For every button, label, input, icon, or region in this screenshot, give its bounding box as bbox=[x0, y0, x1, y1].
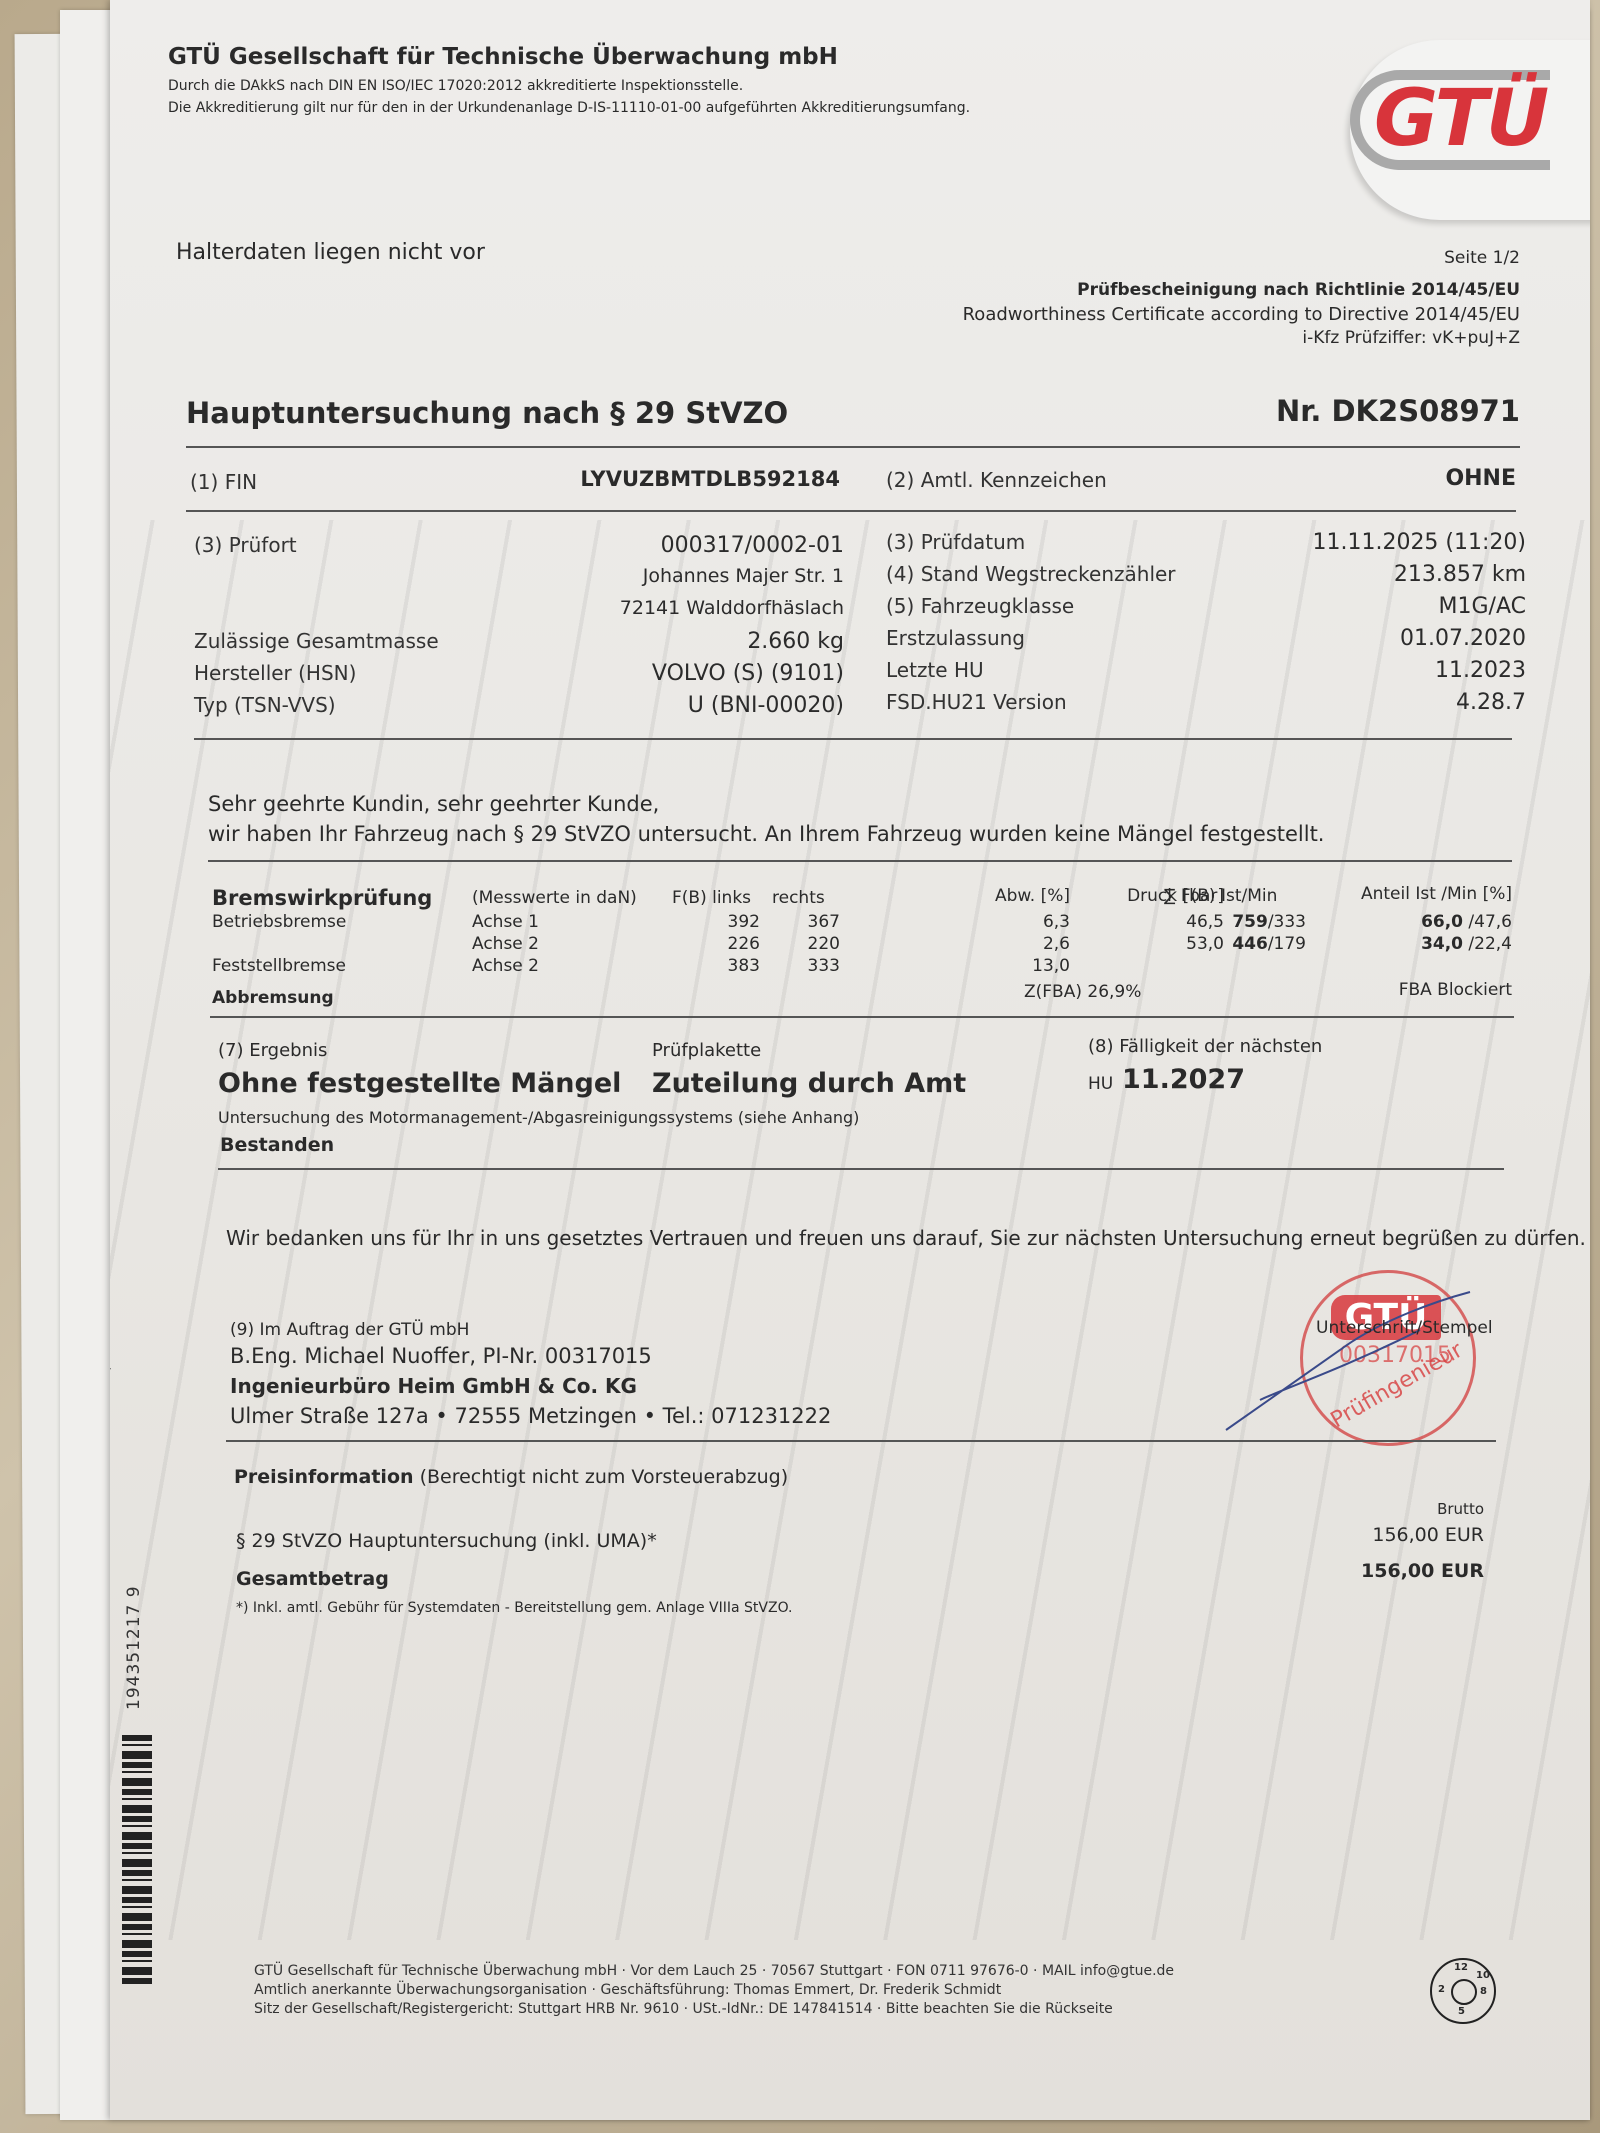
detail-row: Hersteller (HSN)VOLVO (S) (9101) bbox=[194, 661, 844, 693]
brake-type: Feststellbremse bbox=[212, 956, 346, 976]
emission-test-label: Untersuchung des Motormanagement-/Abgasr… bbox=[218, 1108, 859, 1127]
thank-you-text: Wir bedanken uns für Ihr in uns gesetzte… bbox=[226, 1222, 1590, 1255]
form-serial: 194351217 9 bbox=[124, 1585, 144, 1710]
brake-header-unit: (Messwerte in daN) bbox=[472, 888, 637, 908]
pricing-total-value: 156,00 EUR bbox=[1361, 1560, 1484, 1582]
detail-row: Erstzulassung01.07.2020 bbox=[886, 626, 1526, 658]
detail-row: Typ (TSN-VVS)U (BNI-00020) bbox=[194, 693, 844, 725]
brake-sum: 446/179 bbox=[1210, 934, 1306, 954]
pricing-column-brutto: Brutto bbox=[1437, 1500, 1484, 1518]
check-code: i-Kfz Prüfziffer: vK+puJ+Z bbox=[1302, 328, 1520, 348]
footer: GTÜ Gesellschaft für Technische Überwach… bbox=[254, 1962, 1174, 2019]
footer-line-2: Amtlich anerkannte Überwachungsorganisat… bbox=[254, 1981, 1174, 2000]
company-name: GTÜ Gesellschaft für Technische Überwach… bbox=[168, 44, 838, 70]
brake-header-left: F(B) links bbox=[672, 888, 751, 908]
divider bbox=[226, 1440, 1496, 1442]
divider bbox=[194, 738, 1512, 740]
divider bbox=[186, 510, 1516, 512]
vehicle-details-left: (3) Prüfort000317/0002-01 Johannes Majer… bbox=[194, 533, 844, 725]
brake-share: 66,0 /47,6 bbox=[1421, 912, 1512, 932]
inspector-company: Ingenieurbüro Heim GmbH & Co. KG bbox=[230, 1374, 637, 1398]
barcode bbox=[122, 1735, 152, 1985]
brake-axle: Achse 2 bbox=[472, 956, 539, 976]
divider bbox=[186, 446, 1520, 448]
brake-force-left: 226 bbox=[710, 934, 760, 954]
plakette-label: Prüfplakette bbox=[652, 1040, 761, 1061]
pricing-item-label: § 29 StVZO Hauptuntersuchung (inkl. UMA)… bbox=[236, 1530, 657, 1552]
inspector-address: Ulmer Straße 127a • 72555 Metzingen • Te… bbox=[230, 1404, 831, 1428]
page-number: Seite 1/2 bbox=[1444, 248, 1520, 268]
brake-deviation: 6,3 bbox=[1043, 912, 1070, 932]
divider bbox=[208, 860, 1512, 862]
plate-label: (2) Amtl. Kennzeichen bbox=[886, 468, 1107, 492]
page-title: Hauptuntersuchung nach § 29 StVZO bbox=[186, 396, 788, 430]
detail-row: (4) Stand Wegstreckenzähler213.857 km bbox=[886, 562, 1526, 594]
fin-label: (1) FIN bbox=[190, 470, 257, 494]
footer-line-1: GTÜ Gesellschaft für Technische Überwach… bbox=[254, 1962, 1174, 1981]
due-prefix: HU bbox=[1088, 1074, 1113, 1094]
detail-row: (5) FahrzeugklasseM1G/AC bbox=[886, 594, 1526, 626]
brake-header-sum: ∑ F(B) Ist/Min bbox=[1164, 886, 1277, 906]
detail-row: Zulässige Gesamtmasse2.660 kg bbox=[194, 629, 844, 661]
cert-title-de: Prüfbescheinigung nach Richtlinie 2014/4… bbox=[1077, 280, 1520, 300]
fba-status: FBA Blockiert bbox=[1399, 980, 1512, 1000]
result-label: (7) Ergebnis bbox=[218, 1040, 327, 1061]
inspection-sticker-icon: 1210825 bbox=[1430, 1958, 1496, 2024]
divider bbox=[210, 1016, 1514, 1018]
signature-icon bbox=[1220, 1290, 1480, 1440]
pricing-total-label: Gesamtbetrag bbox=[236, 1568, 389, 1590]
fin-value: LYVUZBMTDLB592184 bbox=[580, 467, 840, 491]
vehicle-details-right: (3) Prüfdatum11.11.2025 (11:20) (4) Stan… bbox=[886, 530, 1526, 722]
inspector-label: (9) Im Auftrag der GTÜ mbH bbox=[230, 1320, 469, 1340]
signature-label: Unterschrift/Stempel bbox=[1316, 1318, 1493, 1338]
pricing-item-value: 156,00 EUR bbox=[1372, 1524, 1484, 1546]
pricing-footnote: *) Inkl. amtl. Gebühr für Systemdaten - … bbox=[236, 1600, 792, 1616]
inspector-name: B.Eng. Michael Nuoffer, PI-Nr. 00317015 bbox=[230, 1344, 652, 1368]
plakette-value: Zuteilung durch Amt bbox=[652, 1068, 966, 1099]
detail-row: Letzte HU11.2023 bbox=[886, 658, 1526, 690]
cert-title-en: Roadworthiness Certificate according to … bbox=[963, 304, 1520, 325]
accreditation-line-1: Durch die DAkkS nach DIN EN ISO/IEC 1702… bbox=[168, 78, 743, 94]
accreditation-line-2: Die Akkreditierung gilt nur für den in d… bbox=[168, 100, 970, 116]
zfba-value: Z(FBA) 26,9% bbox=[1024, 982, 1141, 1002]
result-value: Ohne festgestellte Mängel bbox=[218, 1068, 621, 1099]
plate-value: OHNE bbox=[1445, 466, 1516, 491]
brake-test-title: Bremswirkprüfung bbox=[212, 886, 432, 910]
holder-note: Halterdaten liegen nicht vor bbox=[176, 240, 485, 265]
greeting-line-1: Sehr geehrte Kundin, sehr geehrter Kunde… bbox=[208, 792, 659, 816]
brake-force-left: 392 bbox=[710, 912, 760, 932]
detail-row: (3) Prüfort000317/0002-01 bbox=[194, 533, 844, 565]
greeting-line-2: wir haben Ihr Fahrzeug nach § 29 StVZO u… bbox=[208, 822, 1325, 846]
pricing-header: Preisinformation (Berechtigt nicht zum V… bbox=[234, 1466, 788, 1488]
inspection-certificate-page: GTÜ Gesellschaft für Technische Überwach… bbox=[110, 0, 1590, 2120]
detail-row: 72141 Walddorfhäslach bbox=[194, 597, 844, 629]
detail-row: (3) Prüfdatum11.11.2025 (11:20) bbox=[886, 530, 1526, 562]
brake-axle: Achse 2 bbox=[472, 934, 539, 954]
brake-share: 34,0 /22,4 bbox=[1421, 934, 1512, 954]
brake-header-deviation: Abw. [%] bbox=[995, 886, 1070, 906]
brake-force-right: 367 bbox=[790, 912, 840, 932]
emission-test-result: Bestanden bbox=[220, 1134, 334, 1156]
brake-header-share: Anteil Ist /Min [%] bbox=[1361, 884, 1512, 904]
divider bbox=[218, 1168, 1504, 1170]
brake-type: Betriebsbremse bbox=[212, 912, 346, 932]
next-inspection-due: 11.2027 bbox=[1122, 1064, 1245, 1095]
due-label: (8) Fälligkeit der nächsten bbox=[1088, 1036, 1322, 1057]
gtu-logo: GTÜ bbox=[1350, 70, 1550, 170]
brake-force-left: 383 bbox=[710, 956, 760, 976]
brake-deviation: 13,0 bbox=[1032, 956, 1070, 976]
brake-deviation: 2,6 bbox=[1043, 934, 1070, 954]
footer-line-3: Sitz der Gesellschaft/Registergericht: S… bbox=[254, 2000, 1174, 2019]
abbremsung-label: Abbremsung bbox=[212, 988, 334, 1008]
form-copyright: © 2024 GTÜ mbH F.-Nr. UB 03/24 bbox=[110, 1353, 113, 1520]
brake-force-right: 220 bbox=[790, 934, 840, 954]
certificate-number: Nr. DK2S08971 bbox=[1276, 394, 1520, 428]
brake-axle: Achse 1 bbox=[472, 912, 539, 932]
detail-row: FSD.HU21 Version4.28.7 bbox=[886, 690, 1526, 722]
brake-header-right: rechts bbox=[772, 888, 825, 908]
detail-row: Johannes Majer Str. 1 bbox=[194, 565, 844, 597]
brake-force-right: 333 bbox=[790, 956, 840, 976]
brake-sum: 759/333 bbox=[1210, 912, 1306, 932]
